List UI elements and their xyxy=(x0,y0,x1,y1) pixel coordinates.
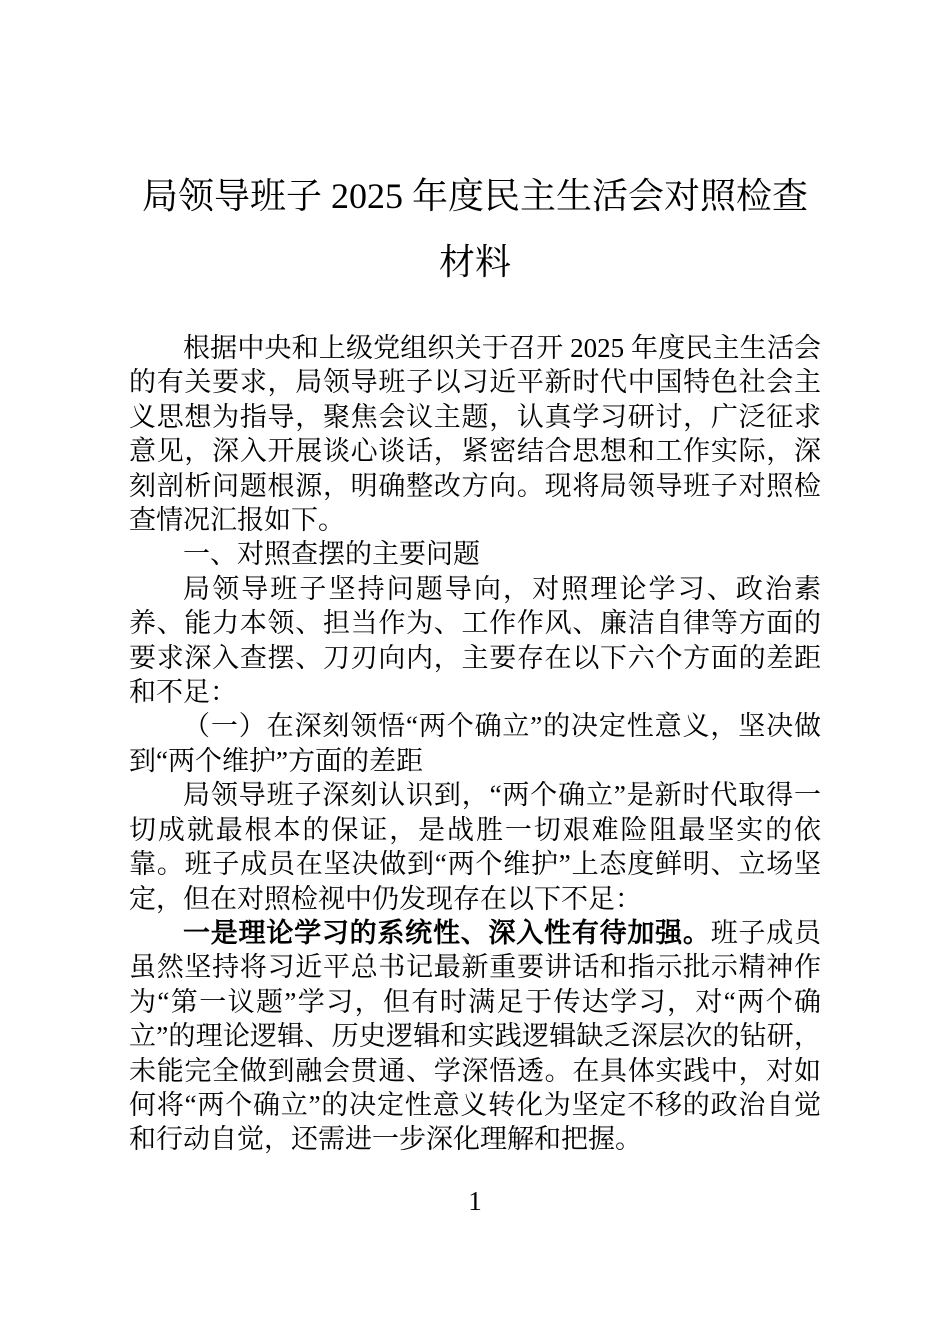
page-number: 1 xyxy=(0,1184,950,1218)
paragraph: 一是理论学习的系统性、深入性有待加强。班子成员虽然坚持将习近平总书记最新重要讲话… xyxy=(129,916,821,1157)
section-heading: （一）在深刻领悟“两个确立”的决定性意义，坚决做到“两个维护”方面的差距 xyxy=(129,709,821,778)
paragraph: 局领导班子深刻认识到，“两个确立”是新时代取得一切成就最根本的保证，是战胜一切艰… xyxy=(129,778,821,916)
paragraph: 根据中央和上级党组织关于召开 2025 年度民主生活会的有关要求，局领导班子以习… xyxy=(129,331,821,537)
document-body: 根据中央和上级党组织关于召开 2025 年度民主生活会的有关要求，局领导班子以习… xyxy=(129,331,821,1157)
bold-lead-sentence: 一是理论学习的系统性、深入性有待加强。 xyxy=(183,918,711,948)
paragraph: 局领导班子坚持问题导向，对照理论学习、政治素养、能力本领、担当作为、工作作风、廉… xyxy=(129,572,821,710)
section-heading: 一、对照查摆的主要问题 xyxy=(129,537,821,571)
document-page: 局领导班子 2025 年度民主生活会对照检查材料 根据中央和上级党组织关于召开 … xyxy=(0,0,950,1344)
document-title: 局领导班子 2025 年度民主生活会对照检查材料 xyxy=(130,0,820,295)
